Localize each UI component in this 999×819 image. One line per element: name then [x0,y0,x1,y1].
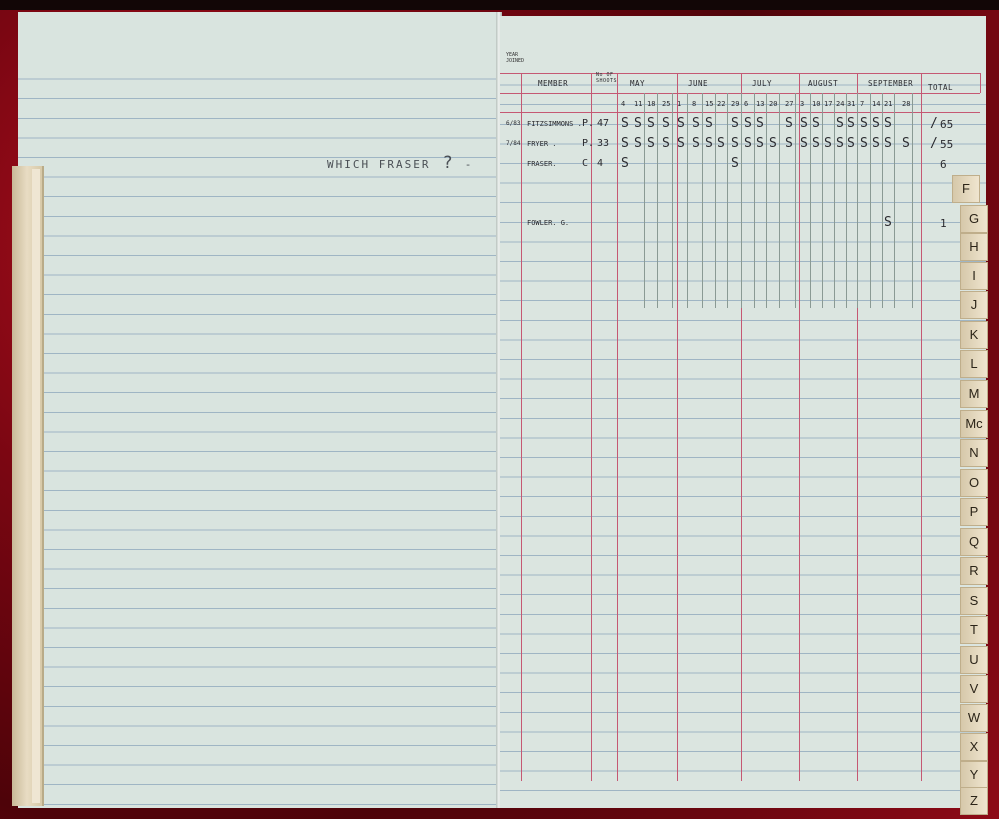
cover-top-edge [0,0,999,10]
tab-strip-edge [32,169,40,803]
index-tab-y[interactable]: Y [960,761,988,789]
total-rule [921,73,922,781]
member-header: MEMBER [538,79,568,88]
shoot-mark: S [884,136,892,151]
shoot-mark: S [692,116,700,131]
date-september-7: 7 [860,100,864,108]
index-tab-f[interactable]: F [952,175,980,203]
date-july-6: 6 [744,100,748,108]
shoot-mark: S [769,136,777,151]
index-tab-q[interactable]: Q [960,528,988,556]
shoot-mark: S [884,215,892,230]
shoot-mark: S [621,156,629,171]
shoot-mark: S [692,136,700,151]
shoot-mark: S [800,136,808,151]
date-rule [795,93,796,308]
month-rule [677,73,678,781]
header-mid-rule [500,93,980,94]
shoot-mark: S [731,116,739,131]
shoot-mark: S [717,136,725,151]
date-rule [715,93,716,308]
shoot-mark: S [662,116,670,131]
date-rule [810,93,811,308]
month-june: JUNE [688,79,708,88]
pencil-note: WHICH FRASER?- [327,153,473,173]
row-shoot-count: 47 [597,118,609,129]
index-tab-mc[interactable]: Mc [960,410,988,438]
shoot-mark: S [836,136,844,151]
shoot-mark: S [812,116,820,131]
year-joined-label: YEAR JOINED [506,52,528,64]
shoot-mark: S [847,116,855,131]
date-rule [779,93,780,308]
row-initial: P. [582,118,594,129]
row-year-joined: 6/83 [506,120,520,127]
row-year-joined: 7/84 [506,140,520,147]
left-page [18,12,499,808]
date-rule [687,93,688,308]
index-tab-o[interactable]: O [960,469,988,497]
date-rule [894,93,895,308]
shoot-mark: S [756,116,764,131]
index-tab-n[interactable]: N [960,439,988,467]
shoot-mark: S [860,136,868,151]
shoot-mark: S [731,136,739,151]
shoot-mark: S [902,136,910,151]
index-tab-s[interactable]: S [960,587,988,615]
shoot-mark: S [860,116,868,131]
total-tick: / [930,116,938,131]
shoot-mark: S [872,136,880,151]
header-bottom-rule [500,112,980,113]
shoot-mark: S [756,136,764,151]
shoot-mark: S [800,116,808,131]
index-tab-x[interactable]: X [960,733,988,761]
note-dash: - [465,158,474,171]
shoot-mark: S [705,136,713,151]
index-tab-t[interactable]: T [960,616,988,644]
shoot-mark: S [744,116,752,131]
shoot-mark: S [634,136,642,151]
row-member-name: FRYER . [527,140,557,148]
index-tab-p[interactable]: P [960,498,988,526]
date-june-15: 15 [705,100,713,108]
date-rule [857,93,858,308]
date-rule [702,93,703,308]
shoot-mark: S [662,136,670,151]
date-rule [741,93,742,308]
shoot-mark: S [836,116,844,131]
date-rule [834,93,835,308]
date-rule [882,93,883,308]
column-rule [591,73,592,781]
date-june-1: 1 [677,100,681,108]
date-rule [912,93,913,308]
shoot-mark: S [621,116,629,131]
date-rule [657,93,658,308]
shoot-mark: S [812,136,820,151]
index-tab-k[interactable]: K [960,321,988,349]
date-may-18: 18 [647,100,655,108]
month-august: AUGUST [808,79,838,88]
shoot-mark: S [634,116,642,131]
date-september-21: 21 [884,100,892,108]
index-tab-j[interactable]: J [960,291,988,319]
date-may-25: 25 [662,100,670,108]
date-rule [822,93,823,308]
date-june-8: 8 [692,100,696,108]
row-initial: P. [582,138,594,149]
date-july-13: 13 [756,100,764,108]
shoot-mark: S [872,116,880,131]
month-rule [617,73,618,781]
index-tab-h[interactable]: H [960,233,988,261]
date-july-20: 20 [769,100,777,108]
date-june-22: 22 [717,100,725,108]
row-total: 55 [940,138,953,151]
alphabet-index-tabs: FGHIJKLMMcNOPQRSTUVWXYZ [948,175,988,819]
date-august-24: 24 [836,100,844,108]
date-september-14: 14 [872,100,880,108]
date-august-17: 17 [824,100,832,108]
date-august-3: 3 [800,100,804,108]
date-rule [644,93,645,308]
date-june-29: 29 [731,100,739,108]
header-top-rule [500,73,980,74]
month-september: SEPTEMBER [868,79,913,88]
date-rule [870,93,871,308]
total-header: TOTAL [928,83,953,92]
index-tab-i[interactable]: I [960,262,988,290]
date-july-27: 27 [785,100,793,108]
shoot-mark: S [705,116,713,131]
row-total: 6 [940,158,947,171]
row-initial: C [582,158,588,169]
shoot-mark: S [647,116,655,131]
shoot-mark: S [677,136,685,151]
shoot-mark: S [621,136,629,151]
index-tab-r[interactable]: R [960,557,988,585]
index-tab-g[interactable]: G [960,205,988,233]
row-total: 65 [940,118,953,131]
shoot-mark: S [824,136,832,151]
date-august-10: 10 [812,100,820,108]
date-rule [766,93,767,308]
row-shoot-count: 4 [597,158,603,169]
shoot-mark: S [884,116,892,131]
row-member-name: FITZSIMMONS . [527,120,582,128]
column-rule [521,73,522,781]
date-rule [672,93,673,308]
month-rule [799,73,800,781]
right-page [500,16,986,808]
note-text: WHICH FRASER [327,158,430,171]
row-member-name: FRASER. [527,160,557,168]
shoot-mark: S [677,116,685,131]
right-edge-rule [980,73,981,93]
note-question-mark: ? [442,153,452,173]
row-shoot-count: 33 [597,138,609,149]
shoot-mark: S [731,156,739,171]
shoot-mark: S [847,136,855,151]
shoot-mark: S [647,136,655,151]
date-rule [727,93,728,308]
date-may-4: 4 [621,100,625,108]
month-july: JULY [752,79,772,88]
shoot-mark: S [785,116,793,131]
index-tab-m[interactable]: M [960,380,988,408]
date-august-31: 31 [847,100,855,108]
index-tab-u[interactable]: U [960,646,988,674]
index-tab-l[interactable]: L [960,350,988,378]
date-may-11: 11 [634,100,642,108]
index-tab-z[interactable]: Z [960,787,988,815]
month-may: MAY [630,79,645,88]
shoots-header: No OF SHOOTS [596,72,616,84]
date-september-28: 28 [902,100,910,108]
total-tick: / [930,136,938,151]
index-tab-v[interactable]: V [960,675,988,703]
date-rule [754,93,755,308]
index-tab-w[interactable]: W [960,704,988,732]
shoot-mark: S [744,136,752,151]
right-page-ruling [500,66,986,808]
row-member-name: FOWLER. G. [527,219,569,227]
row-total: 1 [940,217,947,230]
shoot-mark: S [785,136,793,151]
left-tab-strip [12,166,44,806]
